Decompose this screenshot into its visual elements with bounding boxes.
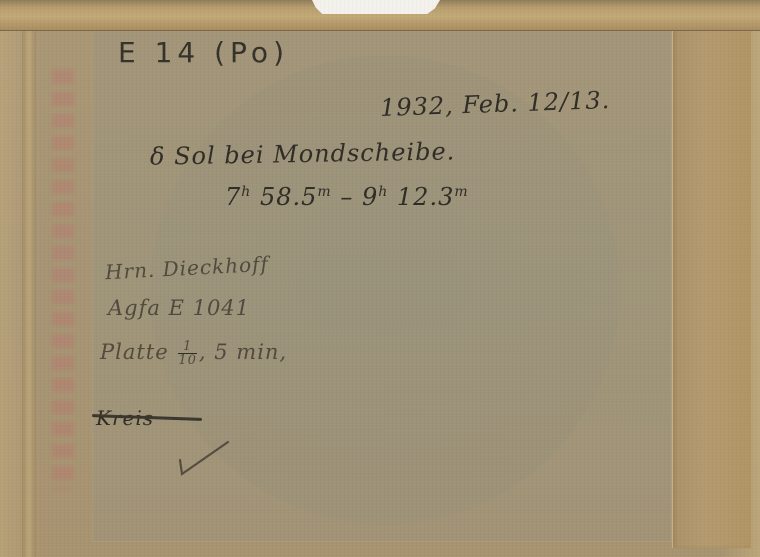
time-range: 7h 58.5m – 9h 12.3m <box>225 183 469 211</box>
exposure-time: , 5 min, <box>199 340 287 364</box>
right-flap <box>672 18 751 548</box>
end-minutes: 12.3 <box>397 183 454 211</box>
plate-id: E 14 (Po) <box>118 36 289 69</box>
filter-fraction: 1 10 <box>178 340 197 367</box>
scanned-envelope: E 14 (Po) 1932, Feb. 12/13. δ Sol bei Mo… <box>0 0 760 557</box>
time-separator: – <box>340 183 353 211</box>
torn-corner <box>312 0 440 14</box>
start-minutes: 58.5 <box>260 183 317 211</box>
filter-exposure: Platte 1 10 , 5 min, <box>100 340 287 367</box>
left-fold-strip <box>22 30 36 557</box>
red-stamp-mark <box>52 70 74 490</box>
start-hours: 7 <box>225 183 241 211</box>
observed-object: δ Sol bei Mondscheibe. <box>150 137 456 170</box>
plate-type: Agfa E 1041 <box>108 296 250 320</box>
filter-label: Platte <box>100 340 169 364</box>
checkmark-icon <box>176 430 232 480</box>
end-hours: 9 <box>362 183 378 211</box>
